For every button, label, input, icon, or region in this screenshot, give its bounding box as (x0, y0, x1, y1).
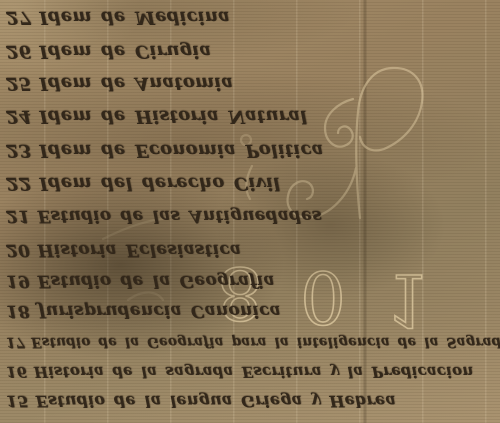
line-text: Idem de Cirugia (39, 42, 211, 63)
line-text: Idem de Economia Politica (39, 141, 323, 162)
line-text: Estudio de la Geografia para la intelige… (31, 334, 500, 350)
line-text: Idem de Historia Natural (39, 107, 307, 128)
line-number: 15 (6, 393, 36, 412)
manuscript-line: 15 Estudio de la lengua Griega y Hebrea (6, 388, 500, 416)
manuscript-line: 20 Historia Eclesiastica (6, 236, 500, 264)
line-number: 26 (6, 42, 39, 63)
manuscript-line: 24 Idem de Historia Natural (6, 103, 500, 131)
manuscript-line: 16 Historia de la sagrada Escritura y la… (6, 358, 500, 386)
manuscript-line: 23 Idem de Economia Politica (6, 137, 500, 165)
line-number: 21 (6, 206, 37, 226)
line-text: Estudio de la Geografia (37, 271, 274, 291)
line-number: 19 (6, 271, 37, 291)
manuscript-line: 18 Jurisprudencia Canonica (6, 297, 500, 325)
line-text: Idem del derecho Civil (39, 174, 280, 195)
line-text: Jurisprudencia Canonica (37, 301, 280, 321)
line-number: 22 (6, 174, 39, 195)
line-text: Historia Eclesiastica (37, 240, 241, 260)
manuscript-line: 17 Estudio de la Geografia para la intel… (6, 328, 500, 356)
manuscript-sheet: 8 0 1 27 Idem de Medicina 26 Idem de Cir… (0, 0, 500, 423)
manuscript-line: 19 Estudio de la Geografia (6, 267, 500, 295)
line-text: Idem de Anatomia (39, 74, 233, 95)
line-number: 16 (6, 363, 34, 381)
line-number: 23 (6, 141, 39, 162)
manuscript-line: 22 Idem del derecho Civil (6, 170, 500, 198)
manuscript-line: 21 Estudio de las Antiguedades (6, 202, 500, 230)
line-text: Idem de Medicina (39, 8, 230, 29)
manuscript-line: 26 Idem de Cirugia (6, 38, 500, 66)
line-text: Estudio de la lengua Griega y Hebrea (36, 393, 396, 412)
line-number: 18 (6, 301, 37, 321)
line-text: Estudio de las Antiguedades (37, 206, 321, 226)
line-text: Historia de la sagrada Escritura y la Pr… (34, 363, 474, 381)
line-number: 25 (6, 74, 39, 95)
line-number: 24 (6, 107, 39, 128)
manuscript-line: 25 Idem de Anatomia (6, 70, 500, 98)
line-number: 20 (6, 240, 37, 260)
manuscript-line: 27 Idem de Medicina (6, 4, 500, 32)
line-number: 27 (6, 8, 39, 29)
line-number: 17 (6, 334, 31, 350)
